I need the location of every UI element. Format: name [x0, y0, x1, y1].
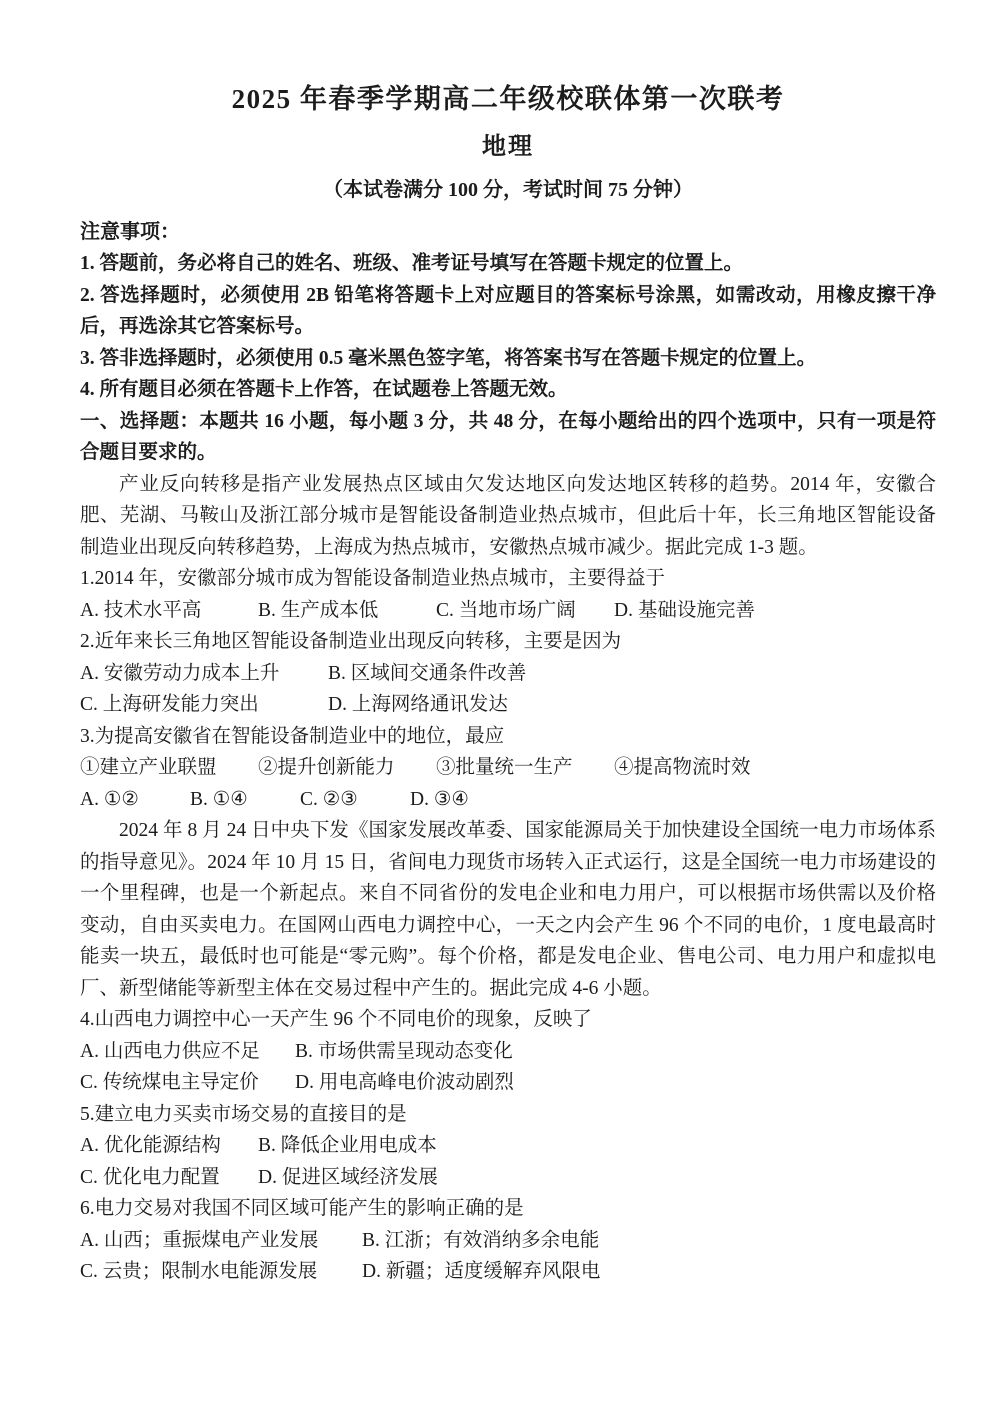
question-1-option-c: C. 当地市场广阔	[436, 595, 614, 627]
notice-item-3: 3. 答非选择题时，必须使用 0.5 毫米黑色签字笔，将答案书写在答题卡规定的位…	[80, 343, 936, 375]
question-6-options-row-2: C. 云贵；限制水电能源发展 D. 新疆；适度缓解弃风限电	[80, 1256, 936, 1288]
question-2-option-d: D. 上海网络通讯发达	[328, 689, 508, 721]
question-3-answer-c: C. ②③	[300, 784, 410, 816]
question-1-option-a: A. 技术水平高	[80, 595, 258, 627]
question-6-option-d: D. 新疆；适度缓解弃风限电	[362, 1256, 600, 1288]
passage-1: 产业反向转移是指产业发展热点区域由欠发达地区向发达地区转移的趋势。2014 年，…	[80, 469, 936, 564]
exam-paper-page: 2025 年春季学期高二年级校联体第一次联考 地理 （本试卷满分 100 分，考…	[0, 0, 1000, 1414]
question-1-options: A. 技术水平高 B. 生产成本低 C. 当地市场广阔 D. 基础设施完善	[80, 595, 936, 627]
question-2-stem: 2.近年来长三角地区智能设备制造业出现反向转移，主要是因为	[80, 626, 936, 658]
question-5-stem: 5.建立电力买卖市场交易的直接目的是	[80, 1099, 936, 1131]
question-6-option-c: C. 云贵；限制水电能源发展	[80, 1256, 362, 1288]
question-2-option-a: A. 安徽劳动力成本上升	[80, 658, 328, 690]
question-3-item-1: ①建立产业联盟	[80, 752, 258, 784]
question-3-item-2: ②提升创新能力	[258, 752, 436, 784]
notice-item-2: 2. 答选择题时，必须使用 2B 铅笔将答题卡上对应题目的答案标号涂黑，如需改动…	[80, 280, 936, 343]
notice-item-4: 4. 所有题目必须在答题卡上作答，在试题卷上答题无效。	[80, 374, 936, 406]
subject-title: 地理	[80, 132, 936, 162]
question-4-option-a: A. 山西电力供应不足	[80, 1036, 295, 1068]
question-4-options-row-1: A. 山西电力供应不足 B. 市场供需呈现动态变化	[80, 1036, 936, 1068]
question-3-answer-a: A. ①②	[80, 784, 190, 816]
question-4-option-d: D. 用电高峰电价波动剧烈	[295, 1067, 514, 1099]
question-5-options-row-2: C. 优化电力配置 D. 促进区域经济发展	[80, 1162, 936, 1194]
question-5-option-b: B. 降低企业用电成本	[258, 1130, 437, 1162]
question-5-option-c: C. 优化电力配置	[80, 1162, 258, 1194]
question-2-options-row-1: A. 安徽劳动力成本上升 B. 区域间交通条件改善	[80, 658, 936, 690]
question-5-option-d: D. 促进区域经济发展	[258, 1162, 438, 1194]
question-6-options-row-1: A. 山西；重振煤电产业发展 B. 江浙；有效消纳多余电能	[80, 1225, 936, 1257]
question-3-item-3: ③批量统一生产	[436, 752, 614, 784]
question-6-option-a: A. 山西；重振煤电产业发展	[80, 1225, 362, 1257]
paper-info: （本试卷满分 100 分，考试时间 75 分钟）	[80, 176, 936, 204]
question-4-options-row-2: C. 传统煤电主导定价 D. 用电高峰电价波动剧烈	[80, 1067, 936, 1099]
question-4-stem: 4.山西电力调控中心一天产生 96 个不同电价的现象，反映了	[80, 1004, 936, 1036]
notice-item-1: 1. 答题前，务必将自己的姓名、班级、准考证号填写在答题卡规定的位置上。	[80, 248, 936, 280]
question-2-option-c: C. 上海研发能力突出	[80, 689, 328, 721]
question-1-stem: 1.2014 年，安徽部分城市成为智能设备制造业热点城市，主要得益于	[80, 563, 936, 595]
question-3-answer-b: B. ①④	[190, 784, 300, 816]
question-5-option-a: A. 优化能源结构	[80, 1130, 258, 1162]
question-3-stem: 3.为提高安徽省在智能设备制造业中的地位，最应	[80, 721, 936, 753]
question-3-numbered-items: ①建立产业联盟 ②提升创新能力 ③批量统一生产 ④提高物流时效	[80, 752, 936, 784]
question-6-stem: 6.电力交易对我国不同区域可能产生的影响正确的是	[80, 1193, 936, 1225]
question-2-options-row-2: C. 上海研发能力突出 D. 上海网络通讯发达	[80, 689, 936, 721]
question-6-option-b: B. 江浙；有效消纳多余电能	[362, 1225, 599, 1257]
exam-title: 2025 年春季学期高二年级校联体第一次联考	[80, 82, 936, 116]
question-3-item-4: ④提高物流时效	[614, 752, 751, 784]
section-heading: 一、选择题：本题共 16 小题，每小题 3 分，共 48 分，在每小题给出的四个…	[80, 406, 936, 469]
question-2-option-b: B. 区域间交通条件改善	[328, 658, 526, 690]
question-1-option-b: B. 生产成本低	[258, 595, 436, 627]
passage-2: 2024 年 8 月 24 日中央下发《国家发展改革委、国家能源局关于加快建设全…	[80, 815, 936, 1004]
question-3-answers: A. ①② B. ①④ C. ②③ D. ③④	[80, 784, 936, 816]
question-5-options-row-1: A. 优化能源结构 B. 降低企业用电成本	[80, 1130, 936, 1162]
question-1-option-d: D. 基础设施完善	[614, 595, 755, 627]
question-4-option-c: C. 传统煤电主导定价	[80, 1067, 295, 1099]
notice-heading: 注意事项：	[80, 216, 936, 248]
question-4-option-b: B. 市场供需呈现动态变化	[295, 1036, 513, 1068]
question-3-answer-d: D. ③④	[410, 784, 469, 816]
